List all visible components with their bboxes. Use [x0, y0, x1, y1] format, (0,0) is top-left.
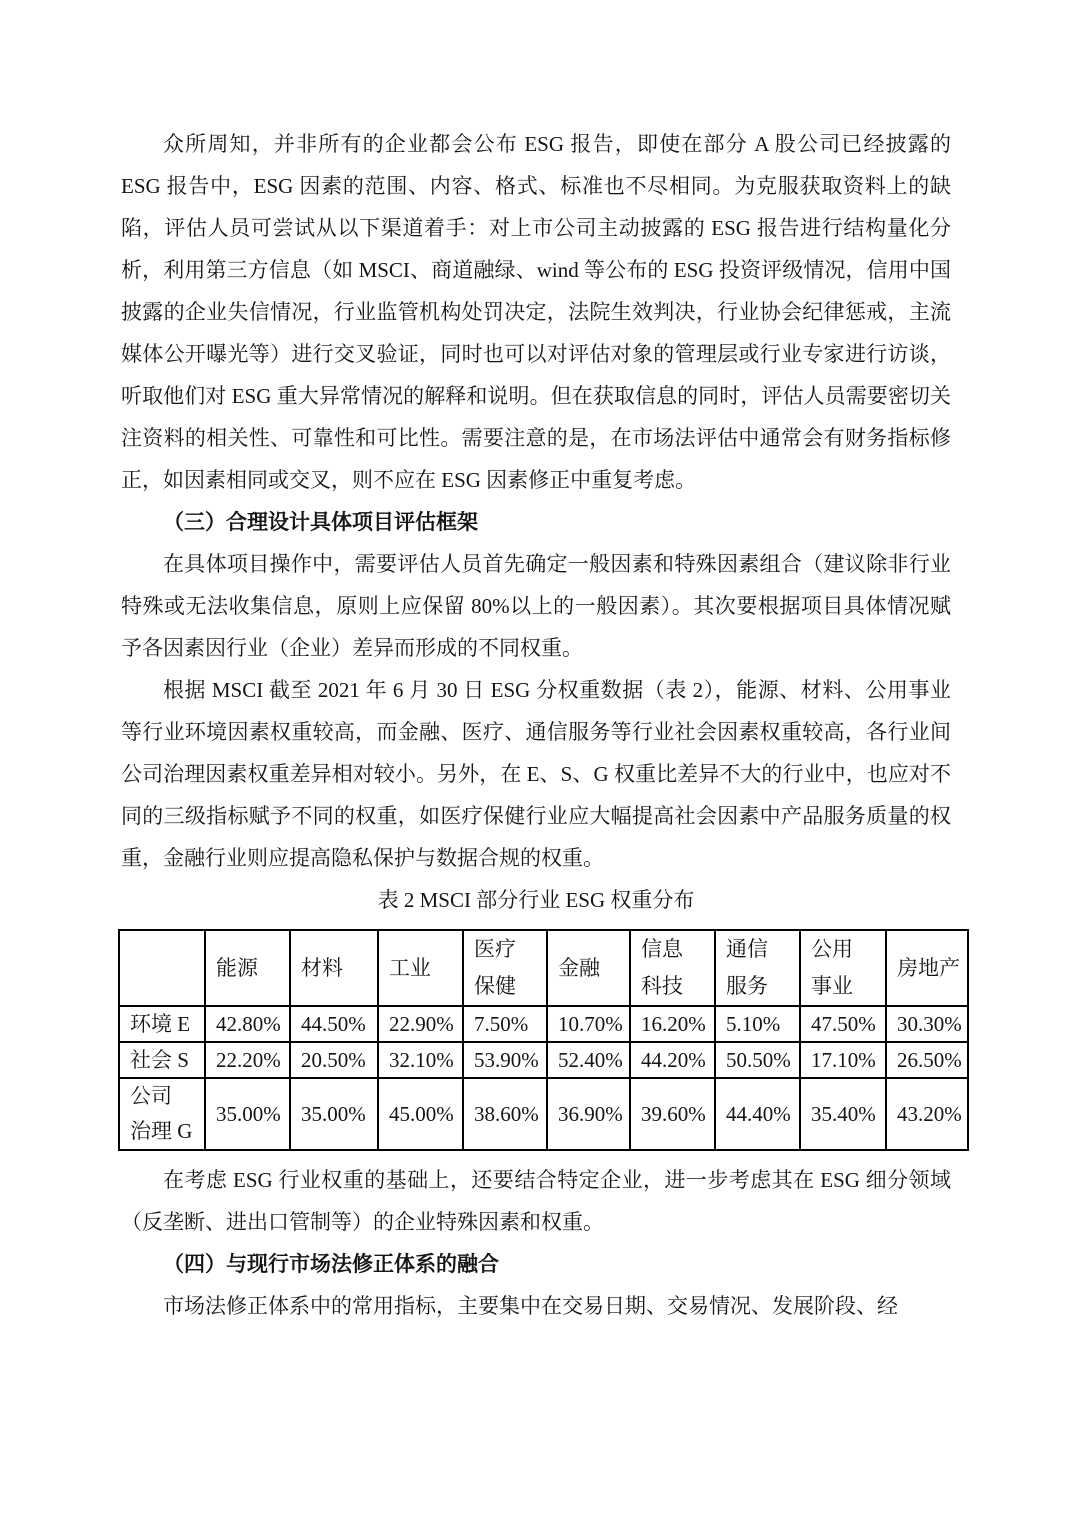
table-header-materials: 材料 — [290, 930, 378, 1006]
cell-value: 50.50% — [715, 1042, 800, 1078]
paragraph-enterprise-specific: 在考虑 ESG 行业权重的基础上，还要结合特定企业，进一步考虑其在 ESG 细分… — [121, 1159, 951, 1243]
table-header-empty — [119, 930, 205, 1006]
table-row-environment: 环境 E 42.80% 44.50% 22.90% 7.50% 10.70% 1… — [119, 1006, 968, 1042]
cell-value: 22.90% — [378, 1006, 463, 1042]
table-row-social: 社会 S 22.20% 20.50% 32.10% 53.90% 52.40% … — [119, 1042, 968, 1078]
cell-value: 44.20% — [630, 1042, 715, 1078]
cell-value: 36.90% — [547, 1078, 630, 1150]
heading-section-4: （四）与现行市场法修正体系的融合 — [121, 1243, 951, 1285]
cell-value: 38.60% — [463, 1078, 547, 1150]
table-header-utilities: 公用 事业 — [800, 930, 886, 1006]
cell-value: 43.20% — [886, 1078, 968, 1150]
table-header-realestate: 房地产 — [886, 930, 968, 1006]
row-label-governance: 公司 治理 G — [119, 1078, 205, 1150]
paragraph-market-method-indicators: 市场法修正体系中的常用指标，主要集中在交易日期、交易情况、发展阶段、经 — [121, 1285, 951, 1327]
cell-value: 30.30% — [886, 1006, 968, 1042]
cell-value: 22.20% — [205, 1042, 290, 1078]
cell-value: 53.90% — [463, 1042, 547, 1078]
cell-value: 20.50% — [290, 1042, 378, 1078]
paragraph-msci-weights: 根据 MSCI 截至 2021 年 6 月 30 日 ESG 分权重数据（表 2… — [121, 669, 951, 879]
table-header-infotech: 信息 科技 — [630, 930, 715, 1006]
cell-value: 39.60% — [630, 1078, 715, 1150]
cell-value: 10.70% — [547, 1006, 630, 1042]
cell-value: 7.50% — [463, 1006, 547, 1042]
cell-value: 47.50% — [800, 1006, 886, 1042]
esg-weight-table: 能源 材料 工业 医疗 保健 金融 信息 科技 通信 服务 公用 事业 房地产 … — [118, 929, 969, 1151]
cell-value: 17.10% — [800, 1042, 886, 1078]
table-header-energy: 能源 — [205, 930, 290, 1006]
table-header-industrials: 工业 — [378, 930, 463, 1006]
cell-value: 5.10% — [715, 1006, 800, 1042]
cell-value: 44.40% — [715, 1078, 800, 1150]
paragraph-esg-data-sources: 众所周知，并非所有的企业都会公布 ESG 报告，即使在部分 A 股公司已经披露的… — [121, 123, 951, 501]
cell-value: 44.50% — [290, 1006, 378, 1042]
cell-value: 45.00% — [378, 1078, 463, 1150]
table-row-governance: 公司 治理 G 35.00% 35.00% 45.00% 38.60% 36.9… — [119, 1078, 968, 1150]
table-header-telecom: 通信 服务 — [715, 930, 800, 1006]
table-header-financials: 金融 — [547, 930, 630, 1006]
cell-value: 32.10% — [378, 1042, 463, 1078]
document-page: 众所周知，并非所有的企业都会公布 ESG 报告，即使在部分 A 股公司已经披露的… — [0, 0, 1080, 1526]
cell-value: 35.40% — [800, 1078, 886, 1150]
table-header-row: 能源 材料 工业 医疗 保健 金融 信息 科技 通信 服务 公用 事业 房地产 — [119, 930, 968, 1006]
cell-value: 35.00% — [290, 1078, 378, 1150]
paragraph-project-framework: 在具体项目操作中，需要评估人员首先确定一般因素和特殊因素组合（建议除非行业特殊或… — [121, 543, 951, 669]
row-label-environment: 环境 E — [119, 1006, 205, 1042]
cell-value: 16.20% — [630, 1006, 715, 1042]
cell-value: 26.50% — [886, 1042, 968, 1078]
cell-value: 35.00% — [205, 1078, 290, 1150]
cell-value: 42.80% — [205, 1006, 290, 1042]
table-caption: 表 2 MSCI 部分行业 ESG 权重分布 — [121, 879, 951, 921]
cell-value: 52.40% — [547, 1042, 630, 1078]
row-label-social: 社会 S — [119, 1042, 205, 1078]
table-header-healthcare: 医疗 保健 — [463, 930, 547, 1006]
heading-section-3: （三）合理设计具体项目评估框架 — [121, 501, 951, 543]
